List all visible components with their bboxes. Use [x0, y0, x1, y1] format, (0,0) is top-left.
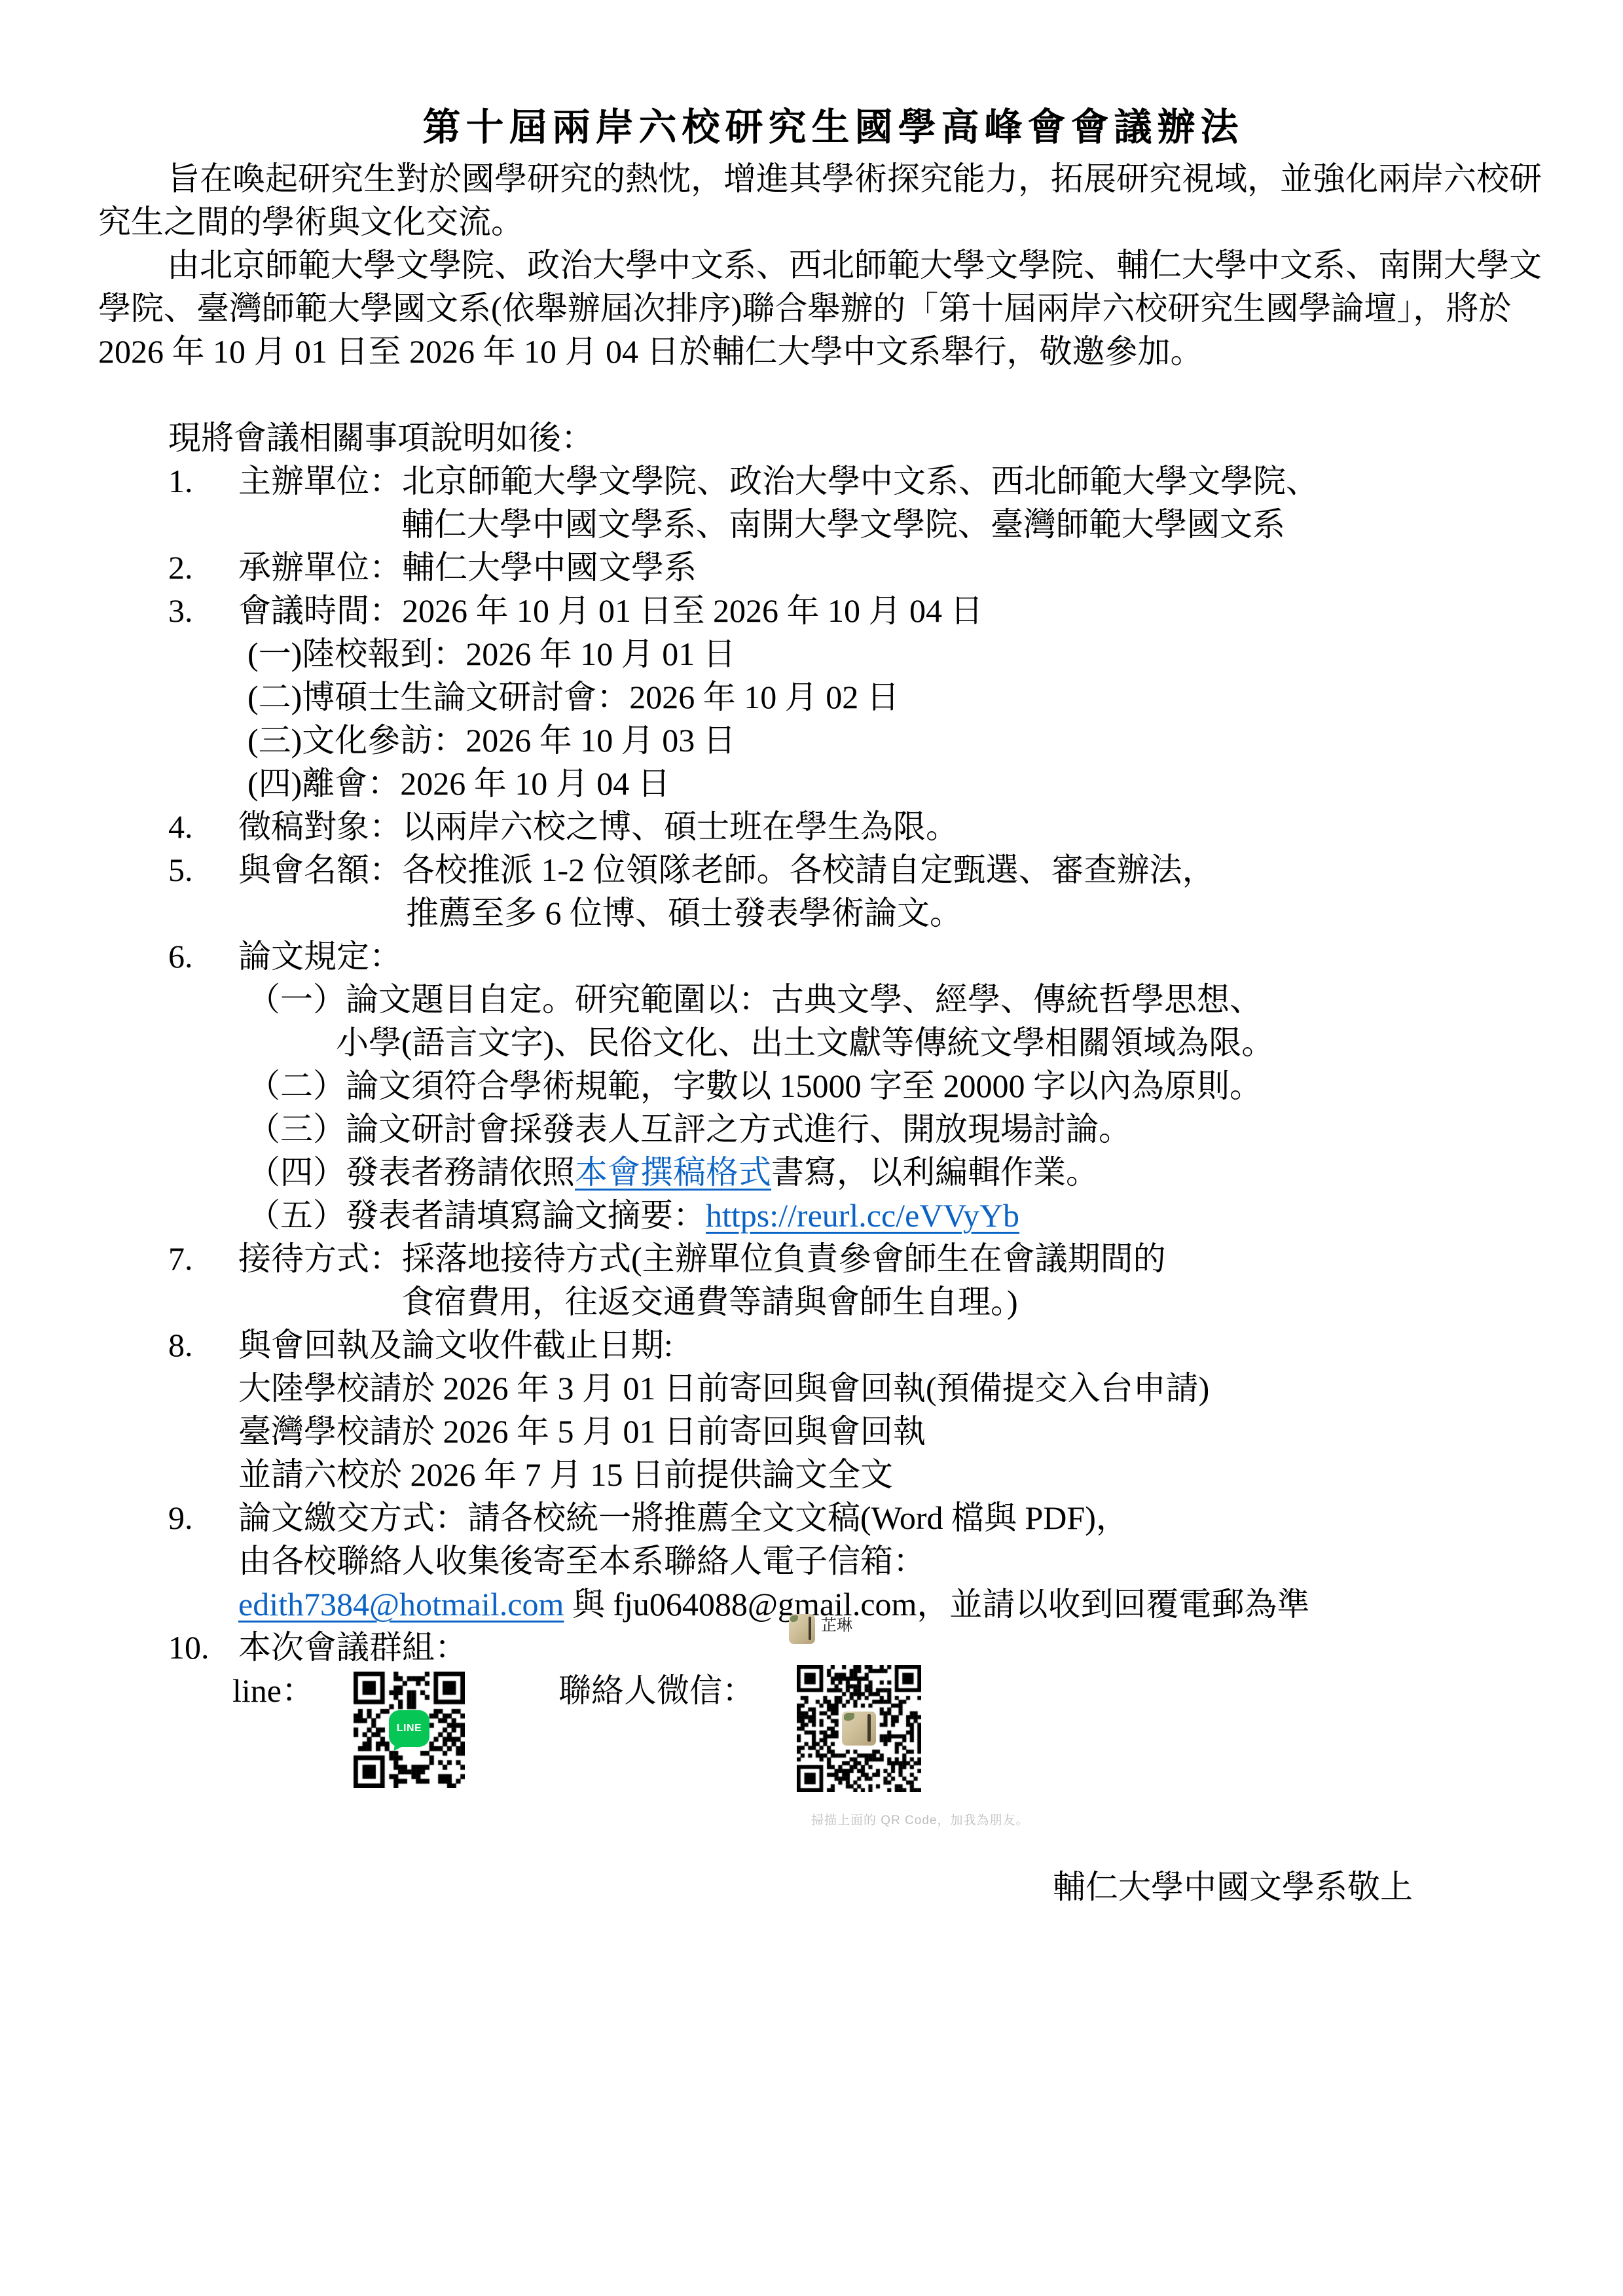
item-text: 徵稿對象：以兩岸六校之博、碩士班在學生為限。 [238, 808, 958, 845]
intro-paragraph1-line1: 旨在喚起研究生對於國學研究的熱忱，增進其學術探究能力，拓展研究視域，並強化兩岸六… [98, 157, 1568, 200]
list-item-5-cont: 推薦至多 6 位博、碩士發表學術論文。 [98, 891, 1568, 935]
line-logo-icon: LINE [389, 1710, 429, 1747]
item8-deadline-fulltext: 並請六校於 2026 年 7 月 15 日前提供論文全文 [98, 1453, 1568, 1496]
wechat-label: 聯絡人微信： [558, 1669, 755, 1712]
item-text: 承辦單位：輔仁大學中國文學系 [238, 549, 697, 586]
list-item-2: 2.承辦單位：輔仁大學中國文學系 [98, 546, 1568, 589]
contact-name: 芷琳 [821, 1617, 852, 1635]
qr-section: line： LINE 聯絡人微信： 芷琳 掃描上面的 QR Code，加我為朋友… [98, 1669, 1568, 1865]
wechat-scan-caption: 掃描上面的 QR Code，加我為朋友。 [811, 1810, 1029, 1828]
wechat-center-avatar [840, 1710, 878, 1748]
item-text: 主辦單位：北京師範大學文學院、政治大學中文系、西北師範大學文學院、 [238, 463, 1319, 499]
list-item-7-cont: 食宿費用，往返交通費等請與會師生自理。) [98, 1280, 1568, 1323]
item-number: 6. [168, 935, 238, 978]
item-number: 7. [168, 1237, 238, 1280]
list-lead-line: 現將會議相關事項說明如後： [98, 416, 1568, 459]
intro-paragraph2-line3: 2026 年 10 月 01 日至 2026 年 10 月 04 日於輔仁大學中… [98, 330, 1568, 373]
item8-deadline-mainland: 大陸學校請於 2026 年 3 月 01 日前寄回與會回執(預備提交入台申請) [98, 1367, 1568, 1410]
item6-sub1-line2: 小學(語言文字)、民俗文化、出土文獻等傳統文學相關領域為限。 [98, 1021, 1568, 1064]
item-number: 3. [168, 589, 238, 632]
item-number: 1. [168, 459, 238, 503]
list-item-9: 9.論文繳交方式：請各校統一將推薦全文文稿(Word 檔與 PDF)， [98, 1496, 1568, 1539]
closing-signature: 輔仁大學中國文學系敬上 [98, 1865, 1568, 1909]
intro-paragraph2-line2: 學院、臺灣師範大學國文系(依舉辦屆次排序)聯合舉辦的「第十屆兩岸六校研究生國學論… [98, 287, 1568, 330]
list-item-1: 1.主辦單位：北京師範大學文學院、政治大學中文系、西北師範大學文學院、 [98, 459, 1568, 503]
abstract-form-link[interactable]: https://reurl.cc/eVVyYb [706, 1197, 1019, 1234]
item-text: 論文規定： [238, 938, 402, 975]
list-item-5: 5.與會名額：各校推派 1-2 位領隊老師。各校請自定甄選、審查辦法， [98, 848, 1568, 891]
item3-sub3: (三)文化參訪：2026 年 10 月 03 日 [98, 719, 1568, 762]
contact-avatar [789, 1614, 815, 1644]
manuscript-format-link[interactable]: 本會撰稿格式 [575, 1154, 771, 1191]
item-text: 接待方式：採落地接待方式(主辦單位負責參會師生在會議期間的 [238, 1240, 1166, 1277]
intro-paragraph2-line1: 由北京師範大學文學院、政治大學中文系、西北師範大學文學院、輔仁大學中文系、南開大… [98, 243, 1568, 287]
wechat-qr-code [797, 1665, 921, 1792]
page-title: 第十屆兩岸六校研究生國學高峰會會議辦法 [98, 105, 1568, 151]
item-number: 9. [168, 1496, 238, 1539]
item6-sub2: （二）論文須符合學術規範，字數以 15000 字至 20000 字以內為原則。 [98, 1064, 1568, 1107]
item8-deadline-taiwan: 臺灣學校請於 2026 年 5 月 01 日前寄回與會回執 [98, 1410, 1568, 1453]
sub4-prefix: （四）發表者務請依照 [247, 1154, 575, 1191]
item-text: 本次會議群組： [238, 1629, 467, 1666]
list-item-9-cont1: 由各校聯絡人收集後寄至本系聯絡人電子信箱： [98, 1539, 1568, 1583]
line-label: line： [232, 1669, 314, 1712]
item-number: 2. [168, 546, 238, 589]
list-item-6: 6.論文規定： [98, 935, 1568, 978]
item3-sub4: (四)離會：2026 年 10 月 04 日 [98, 762, 1568, 805]
list-item-1-cont: 輔仁大學中國文學系、南開大學文學院、臺灣師範大學國文系 [98, 503, 1568, 546]
intro-paragraph1-line2: 究生之間的學術與文化交流。 [98, 200, 1568, 243]
document-content: 第十屆兩岸六校研究生國學高峰會會議辦法 旨在喚起研究生對於國學研究的熱忱，增進其… [98, 105, 1568, 1909]
item-text: 會議時間：2026 年 10 月 01 日至 2026 年 10 月 04 日 [238, 592, 983, 629]
sub5-prefix: （五）發表者請填寫論文摘要： [247, 1197, 706, 1234]
document-page: 第十屆兩岸六校研究生國學高峰會會議辦法 旨在喚起研究生對於國學研究的熱忱，增進其… [0, 0, 1623, 2296]
list-item-3: 3.會議時間：2026 年 10 月 01 日至 2026 年 10 月 04 … [98, 589, 1568, 632]
email-link[interactable]: edith7384@hotmail.com [238, 1586, 564, 1623]
list-item-8: 8.與會回執及論文收件截止日期: [98, 1323, 1568, 1367]
item3-sub1: (一)陸校報到：2026 年 10 月 01 日 [98, 632, 1568, 675]
item-number: 5. [168, 848, 238, 891]
item6-sub5: （五）發表者請填寫論文摘要：https://reurl.cc/eVVyYb [98, 1194, 1568, 1237]
item-number: 4. [168, 805, 238, 848]
item6-sub3: （三）論文研討會採發表人互評之方式進行、開放現場討論。 [98, 1107, 1568, 1151]
item3-sub2: (二)博碩士生論文研討會：2026 年 10 月 02 日 [98, 675, 1568, 719]
list-item-7: 7.接待方式：採落地接待方式(主辦單位負責參會師生在會議期間的 [98, 1237, 1568, 1280]
list-item-4: 4.徵稿對象：以兩岸六校之博、碩士班在學生為限。 [98, 805, 1568, 848]
item-number: 8. [168, 1323, 238, 1367]
item6-sub4: （四）發表者務請依照本會撰稿格式書寫，以利編輯作業。 [98, 1151, 1568, 1194]
item-text: 與會名額：各校推派 1-2 位領隊老師。各校請自定甄選、審查辦法， [238, 852, 1215, 888]
item6-sub1-line1: （一）論文題目自定。研究範圍以：古典文學、經學、傳統哲學思想、 [98, 978, 1568, 1021]
blank-line [98, 373, 1568, 416]
item-number: 10. [168, 1626, 238, 1669]
line-qr-code: LINE [354, 1672, 465, 1788]
email-suffix-text: 與 fju064088@gmail.com，並請以收到回覆電郵為準 [564, 1586, 1309, 1623]
item-text: 論文繳交方式：請各校統一將推薦全文文稿(Word 檔與 PDF)， [238, 1499, 1129, 1536]
item-text: 與會回執及論文收件截止日期: [238, 1327, 673, 1363]
sub4-suffix: 書寫，以利編輯作業。 [771, 1154, 1099, 1191]
